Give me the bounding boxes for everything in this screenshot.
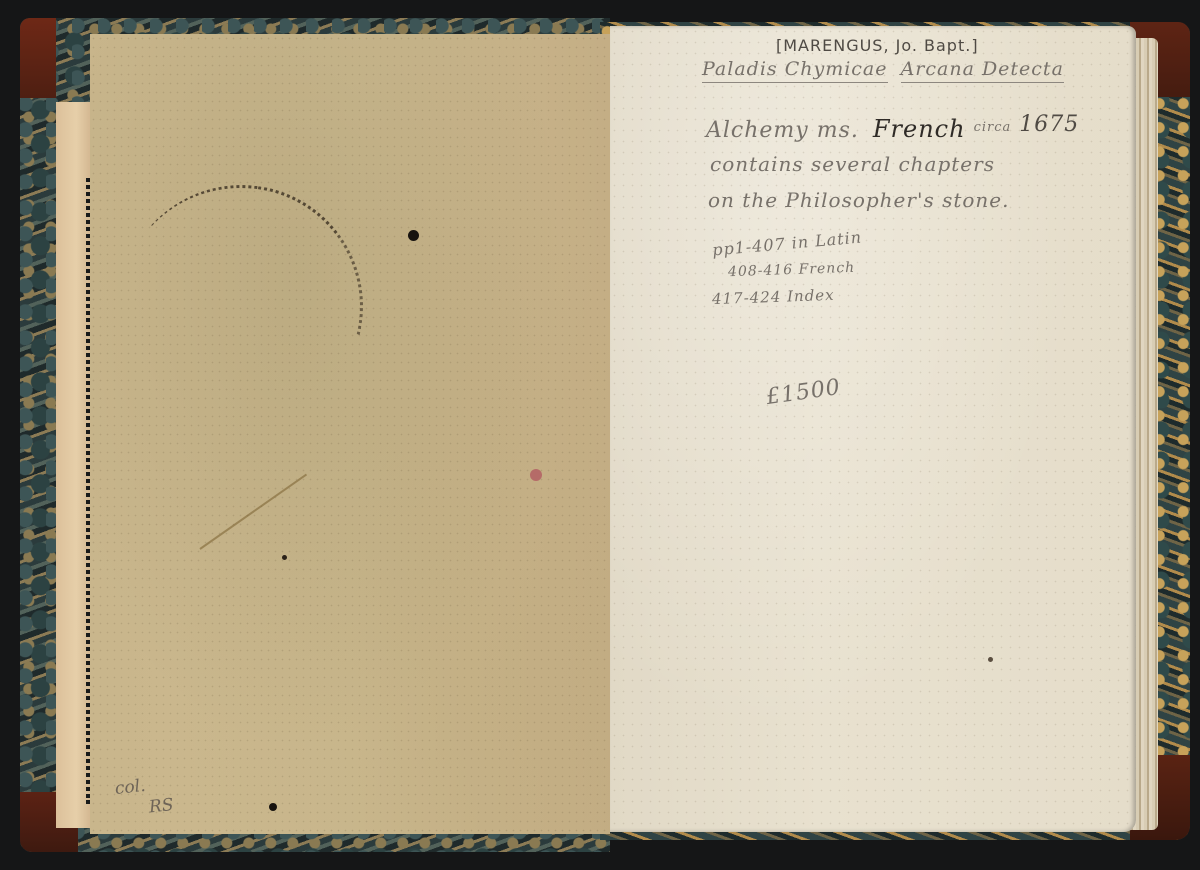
open-book: col. RS [MARENGUS, Jo. Bapt.] Paladis Ch… <box>0 0 1200 870</box>
right-flyleaf-page <box>610 26 1136 832</box>
red-spot <box>530 469 542 481</box>
left-flyleaf-stub <box>56 102 90 828</box>
description-line-3: on the Philosopher's stone. <box>708 188 1009 212</box>
shelfmark-line-2: RS <box>148 794 175 818</box>
circa-label: circa <box>974 120 1012 135</box>
description-line-1: Alchemy ms. French circa 1675 <box>706 112 1079 143</box>
leather-corner-top-left <box>20 18 56 98</box>
shelfmark-note: col. RS <box>114 772 175 822</box>
bottom-ink-spot <box>269 803 277 811</box>
author-attribution: [MARENGUS, Jo. Bapt.] <box>776 36 979 55</box>
small-ink-spot <box>282 555 287 560</box>
alchemy-ms: Alchemy ms. <box>706 118 859 143</box>
left-pastedown-page <box>90 34 610 834</box>
description-line-2: contains several chapters <box>710 152 995 176</box>
title-part-2: Arcana Detecta <box>901 58 1064 83</box>
manuscript-title: Paladis Chymicae Arcana Detecta <box>702 58 1064 80</box>
foxing-spot <box>988 657 993 662</box>
title-part-1: Paladis Chymicae <box>702 58 888 83</box>
ink-spot <box>408 230 419 241</box>
date-1675: 1675 <box>1019 112 1079 137</box>
language-french: French <box>873 115 966 143</box>
